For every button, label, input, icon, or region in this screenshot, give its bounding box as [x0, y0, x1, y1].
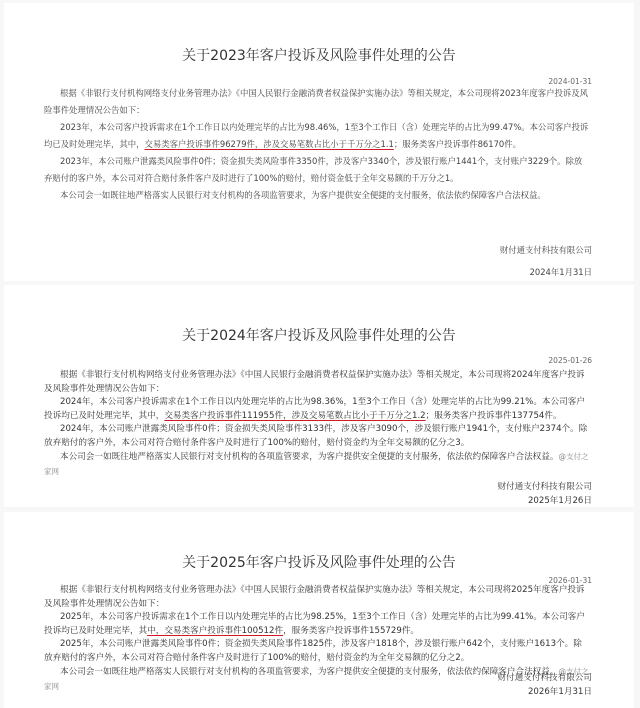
announcement-body: 根据《非银行支付机构网络支付业务管理办法》《中国人民银行金融消费者权益保护实施办… — [44, 369, 590, 479]
risk-paragraph: 2024年，本公司账户泄露类风险事件0件；资金损失类风险事件3133件，涉及客户… — [44, 423, 590, 450]
signature-date: 2025年1月26日 — [497, 495, 592, 509]
announcement-date: 2025-01-26 — [548, 356, 592, 365]
signature-company: 财付通支付科技有限公司 — [500, 239, 592, 261]
signature-block: 财付通支付科技有限公司 2025年1月26日 — [497, 481, 592, 508]
signature-company: 财付通支付科技有限公司 — [497, 481, 592, 495]
highlighted-complaints: 交易类客户投诉事件96279件，涉及交易笔数占比小于千万分之1.1 — [145, 139, 394, 149]
intro-paragraph: 根据《非银行支付机构网络支付业务管理办法》《中国人民银行金融消费者权益保护实施办… — [44, 584, 590, 611]
signature-block: 财付通支付科技有限公司 2026年1月31日 — [497, 672, 592, 699]
announcement-body: 根据《非银行支付机构网络支付业务管理办法》《中国人民银行金融消费者权益保护实施办… — [44, 85, 590, 204]
commitment-paragraph: 本公司会一如既往地严格落实人民银行对支付机构的各项监管要求，为客户提供安全便捷的… — [44, 450, 590, 479]
announcement-title: 关于2025年客户投诉及风险事件处理的公告 — [4, 552, 634, 572]
commitment-text: 本公司会一如既往地严格落实人民银行对支付机构的各项监管要求，为客户提供安全便捷的… — [60, 667, 558, 677]
highlighted-complaints: 交易类客户投诉事件111955件，涉及交易笔数占比小于千万分之1.2 — [164, 411, 425, 421]
highlighted-complaints: 中，交易类客户投诉事件100512件 — [147, 626, 283, 636]
risk-paragraph: 2025年，本公司账户泄露类风险事件0件；资金损失类风险事件1825件，涉及客户… — [44, 638, 590, 665]
risk-paragraph: 2023年，本公司账户泄露类风险事件0件；资金损失类风险事件3350件，涉及客户… — [44, 153, 590, 187]
announcement-title: 关于2024年客户投诉及风险事件处理的公告 — [4, 325, 634, 345]
complaints-paragraph: 2024年，本公司客户投诉需求在1个工作日以内处理完毕的占比为98.36%，1至… — [44, 396, 590, 423]
commitment-paragraph: 本公司会一如既往地严格落实人民银行对支付机构的各项监管要求，为客户提供安全便捷的… — [44, 187, 590, 204]
signature-company: 财付通支付科技有限公司 — [497, 672, 592, 686]
signature-date: 2026年1月31日 — [497, 686, 592, 700]
complaints-text-after: ；服务类客户投诉事件86170件。 — [394, 139, 521, 149]
complaints-text-after: ，服务类客户投诉事件155729件。 — [283, 626, 419, 636]
signature-date: 2024年1月31日 — [500, 261, 592, 283]
announcement-2023: 关于2023年客户投诉及风险事件处理的公告 2024-01-31 根据《非银行支… — [4, 3, 634, 281]
announcement-title: 关于2023年客户投诉及风险事件处理的公告 — [4, 45, 634, 65]
complaints-paragraph: 2023年，本公司客户投诉需求在1个工作日以内处理完毕的占比为98.46%，1至… — [44, 119, 590, 153]
complaints-text-after: ；服务类客户投诉事件137754件。 — [426, 411, 562, 421]
signature-block: 财付通支付科技有限公司 2024年1月31日 — [500, 239, 592, 283]
intro-paragraph: 根据《非银行支付机构网络支付业务管理办法》《中国人民银行金融消费者权益保护实施办… — [44, 85, 590, 119]
commitment-text: 本公司会一如既往地严格落实人民银行对支付机构的各项监管要求，为客户提供安全便捷的… — [60, 452, 558, 462]
announcement-2024: 关于2024年客户投诉及风险事件处理的公告 2025-01-26 根据《非银行支… — [4, 285, 634, 507]
intro-paragraph: 根据《非银行支付机构网络支付业务管理办法》《中国人民银行金融消费者权益保护实施办… — [44, 369, 590, 396]
complaints-paragraph: 2025年，本公司客户投诉需求在1个工作日以内处理完毕的占比为98.25%，1至… — [44, 611, 590, 638]
announcement-2025: 关于2025年客户投诉及风险事件处理的公告 2026-01-31 根据《非银行支… — [4, 512, 634, 708]
